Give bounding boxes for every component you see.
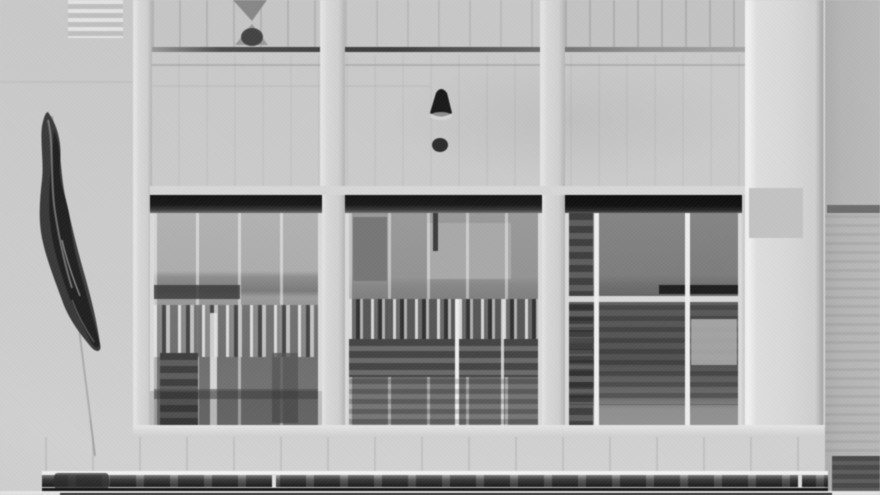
building-photo [0,0,880,495]
photo-layers [0,0,880,495]
photo-shapes [0,0,880,495]
lamp-fixture-icon [430,89,452,152]
anchor-mark [233,0,268,46]
flag [40,112,101,351]
